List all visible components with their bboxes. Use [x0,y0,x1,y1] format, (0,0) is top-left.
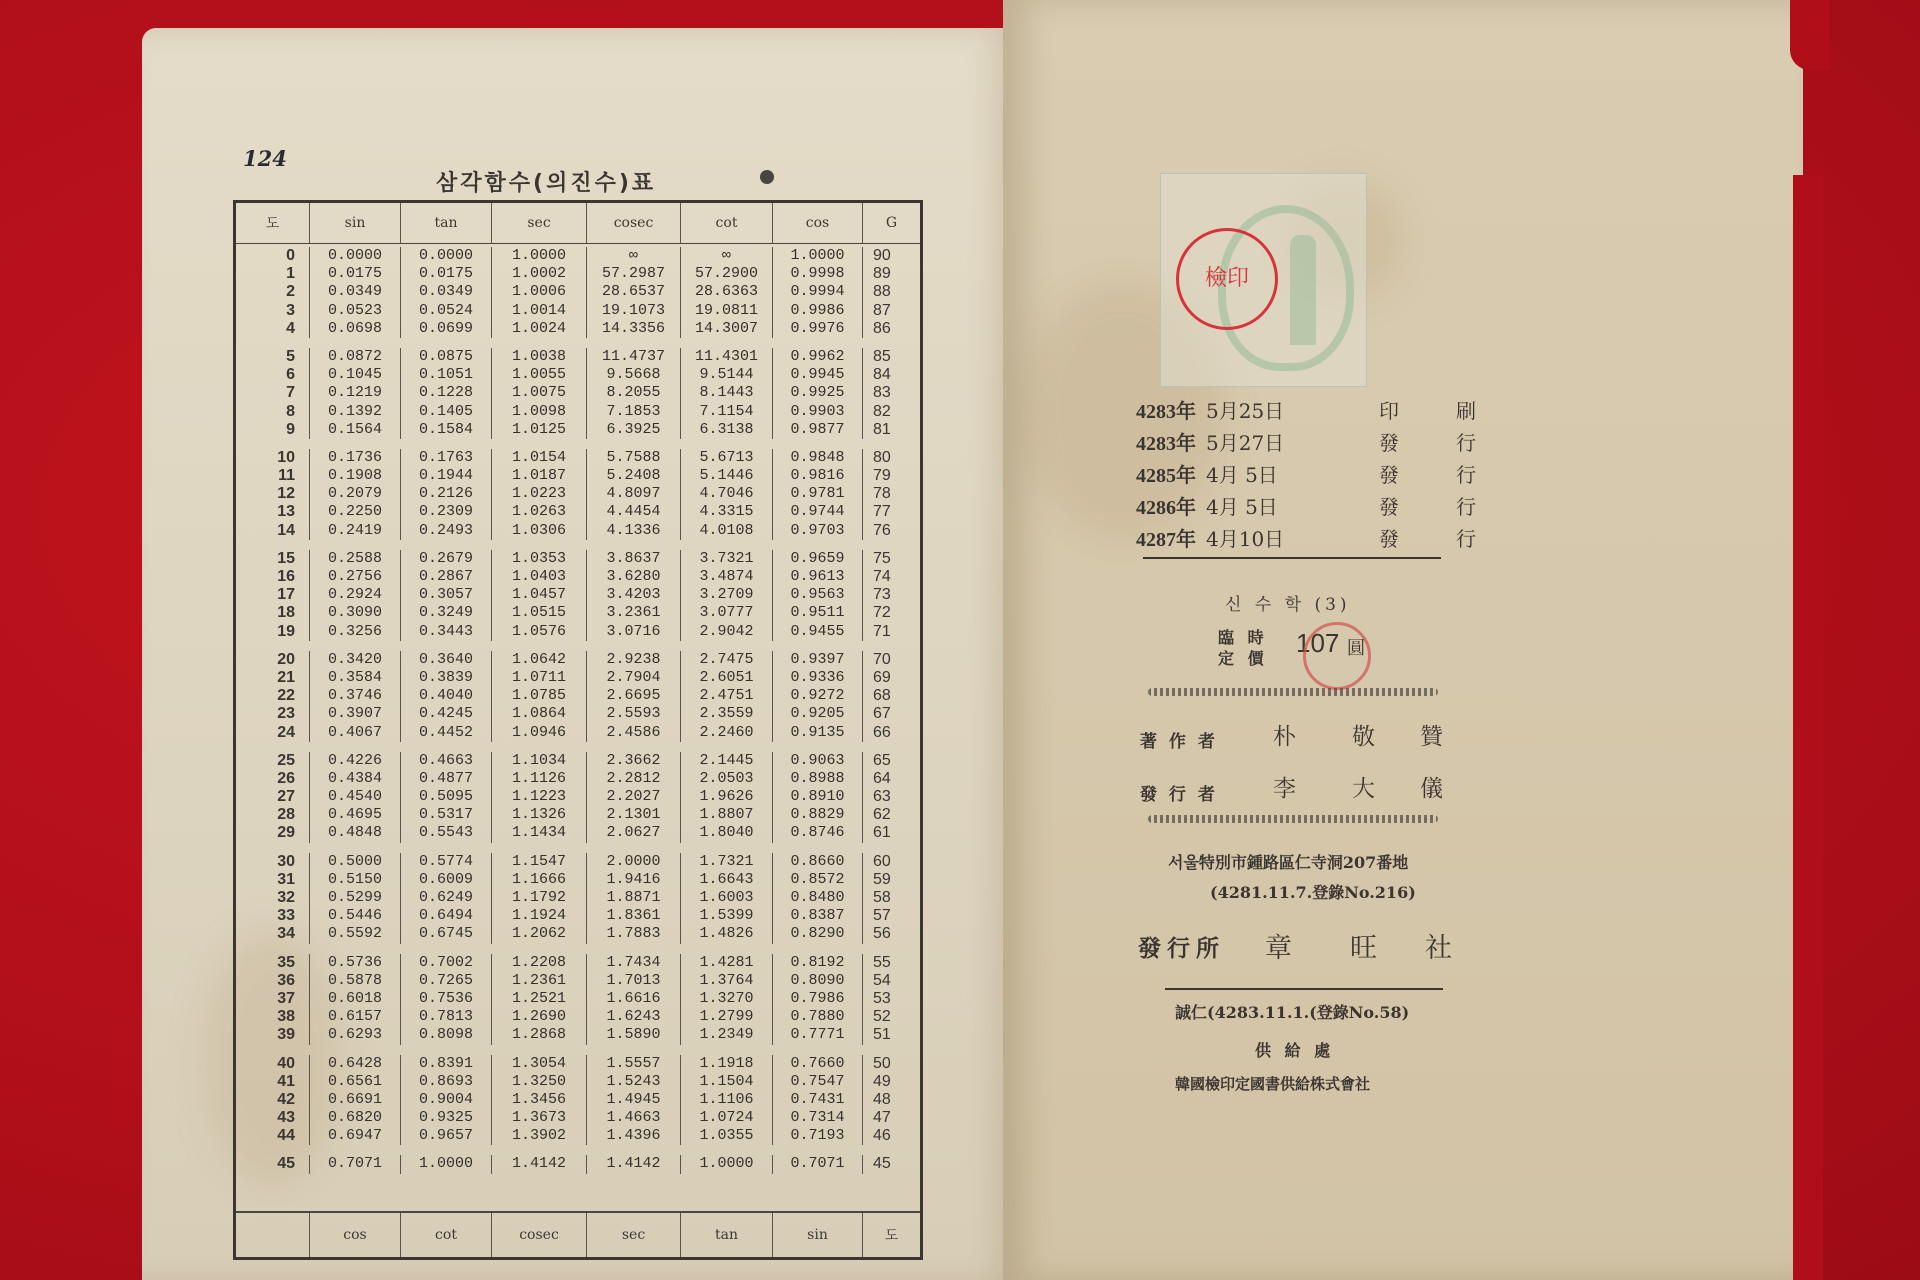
table-cell: 0.9925 [773,384,862,402]
publisher-address: 서울特別市鍾路區仁寺洞207番地 [1168,850,1408,873]
table-cell: 0.8572 [773,871,862,889]
table-cell: 0.5299 [310,889,400,907]
table-cell: 1.1924 [492,907,586,925]
table-cell: 0.9994 [773,283,862,301]
table-cell: 34 [236,925,309,943]
table-cell: 0.6561 [310,1073,400,1091]
table-cell: 0.2250 [310,503,400,521]
table-cell: 12 [236,485,309,503]
column-g: 7574737271 [863,550,920,641]
column-cot: 5.67135.14464.70464.33154.0108 [681,449,773,540]
publishing-house-1: 章 [1265,926,1292,965]
table-cell: 0.6293 [310,1026,400,1044]
table-cell: 1.5890 [587,1026,680,1044]
supplier-label: 供 給 處 [1255,1038,1334,1061]
table-cell: 0.3584 [310,669,400,687]
table-cell: 1.1918 [681,1055,772,1073]
table-cell: 50 [863,1055,920,1073]
table-cell: 2.7904 [587,669,680,687]
table-cell: 1.8871 [587,889,680,907]
table-cell: 1.0075 [492,384,586,402]
table-cell: 0.1763 [401,449,491,467]
table-cell: 1.3270 [681,990,772,1008]
table-cell: 28.6537 [587,283,680,301]
table-cell: 47 [863,1109,920,1127]
table-cell: 2.4586 [587,724,680,742]
red-seal-stamp: 檢印 [1176,228,1278,330]
table-cell: 8.2055 [587,384,680,402]
table-cell: 6.3925 [587,421,680,439]
column-cosec: 1.74341.70131.66161.62431.5890 [587,954,681,1045]
table-cell: 1.0098 [492,403,586,421]
column-tan: 0.00000.01750.03490.05240.0699 [401,247,492,338]
table-cell: 62 [863,806,920,824]
publisher-registration: (4281.11.7.登錄No.216) [1210,880,1416,903]
publishing-house-2: 旺 [1350,926,1377,965]
table-cell: 1.0263 [492,503,586,521]
table-cell: 63 [863,788,920,806]
table-cell: 1.4281 [681,954,772,972]
table-cell: 11.4301 [681,348,772,366]
table-cell: 1.4945 [587,1091,680,1109]
column-cot: 1.19181.15041.11061.07241.0355 [681,1055,773,1146]
table-cell: 0.5878 [310,972,400,990]
trig-table: 도 sin tan sec cosec cot cos G 012340.000… [233,200,923,1260]
column-cosec: 11.47379.56688.20557.18536.3925 [587,348,681,439]
table-cell: 57.2987 [587,265,680,283]
table-cell: 2.3662 [587,752,680,770]
column-cos: 0.98480.98160.97810.97440.9703 [773,449,863,540]
table-cell: 53 [863,990,920,1008]
table-cell: 0.0000 [310,247,400,265]
table-cell: 82 [863,403,920,421]
table-cell: 4.8097 [587,485,680,503]
table-cell: 0.6947 [310,1127,400,1145]
table-cell: 0.6009 [401,871,491,889]
column-tan: 0.83910.86930.90040.93250.9657 [401,1055,492,1146]
table-cell: 0.9004 [401,1091,491,1109]
column-cos: 0.7071 [773,1155,863,1173]
table-cell: 41 [236,1073,309,1091]
table-cell: 4 [236,320,309,338]
table-cell: 14.3007 [681,320,772,338]
table-cell: 0.4695 [310,806,400,824]
table-cell: 1.8361 [587,907,680,925]
table-cell: 1.2208 [492,954,586,972]
column-cos: 0.96590.96130.95630.95110.9455 [773,550,863,641]
table-cell: 0.7547 [773,1073,862,1091]
column-cos: 0.76600.75470.74310.73140.7193 [773,1055,863,1146]
header-tan: tan [401,203,492,243]
column-tan: 0.46630.48770.50950.53170.5543 [401,752,492,843]
table-cell: 1.0223 [492,485,586,503]
table-cell: 0.7771 [773,1026,862,1044]
table-cell: 0.7813 [401,1008,491,1026]
table-cell: 89 [863,265,920,283]
table-cell: 1.1223 [492,788,586,806]
table-cell: 0.9781 [773,485,862,503]
table-cell: 1.7013 [587,972,680,990]
column-g: 6564636261 [863,752,920,843]
table-cell: 0.0523 [310,302,400,320]
table-cell: 54 [863,972,920,990]
table-cell: 26 [236,770,309,788]
table-cell: 1.0864 [492,705,586,723]
table-cell: 0.3746 [310,687,400,705]
table-cell: 0.3249 [401,604,491,622]
table-cell: 57 [863,907,920,925]
table-cell: 0.5592 [310,925,400,943]
column-sin: 0.57360.58780.60180.61570.6293 [310,954,401,1045]
price-label-2: 定 價 [1218,646,1268,669]
table-cell: 0.0524 [401,302,491,320]
table-cell: 88 [863,283,920,301]
table-cell: 1.0000 [492,247,586,265]
table-cell: 80 [863,449,920,467]
table-cell: 86 [863,320,920,338]
table-cell: 0.0000 [401,247,491,265]
table-cell: 0.9659 [773,550,862,568]
table-cell: 1.6643 [681,871,772,889]
table-cell: 75 [863,550,920,568]
table-cell: 2.0503 [681,770,772,788]
table-cell: 3.4874 [681,568,772,586]
column-sin: 0.00000.01750.03490.05230.0698 [310,247,401,338]
table-cell: 1.7321 [681,853,772,871]
column-tan: 0.57740.60090.62490.64940.6745 [401,853,492,944]
table-cell: 0.9563 [773,586,862,604]
table-cell: 1.0785 [492,687,586,705]
table-cell: 22 [236,687,309,705]
wavy-divider [1148,815,1438,823]
table-cell: 0.3640 [401,651,491,669]
table-cell: 1.1792 [492,889,586,907]
table-cell: 2.4751 [681,687,772,705]
torn-edge [1793,175,1823,1280]
table-cell: 0.9816 [773,467,862,485]
column-cos: 1.00000.99980.99940.99860.9976 [773,247,863,338]
table-cell: 1.0515 [492,604,586,622]
table-cell: 46 [863,1127,920,1145]
table-cell: 2.2027 [587,788,680,806]
table-cell: 59 [863,871,920,889]
table-cell: 5.7588 [587,449,680,467]
table-cell: 1.2349 [681,1026,772,1044]
table-cell: 0.0175 [310,265,400,283]
table-cell: 2.2460 [681,724,772,742]
table-cell: 24 [236,724,309,742]
table-title: 삼각함수(의진수)표 [436,166,656,197]
table-cell: 38 [236,1008,309,1026]
table-cell: 0.9135 [773,724,862,742]
table-cell: 13 [236,503,309,521]
table-cell: 0.6157 [310,1008,400,1026]
page-number: 124 [243,146,287,171]
table-cell: 45 [863,1155,920,1173]
table-cell: 1.0642 [492,651,586,669]
table-cell: 1.4826 [681,925,772,943]
table-cell: 0.2493 [401,522,491,540]
divider-rule [1143,557,1441,559]
table-cell: 5.2408 [587,467,680,485]
table-cell: 0.4226 [310,752,400,770]
header-degree: 도 [236,203,310,243]
table-cell: 0.8693 [401,1073,491,1091]
footer-tan: tan [681,1213,773,1257]
table-cell: 71 [863,623,920,641]
table-cell: 0.4245 [401,705,491,723]
header-g: G [863,203,920,243]
column-deg: 56789 [236,348,310,439]
table-cell: 0.7986 [773,990,862,1008]
table-cell: 0.8660 [773,853,862,871]
table-cell: 33 [236,907,309,925]
table-cell: 58 [863,889,920,907]
table-cell: 0.0175 [401,265,491,283]
table-cell: 0.3839 [401,669,491,687]
table-cell: 0.1051 [401,366,491,384]
table-cell: 0.0349 [310,283,400,301]
table-cell: 81 [863,421,920,439]
column-tan: 0.26790.28670.30570.32490.3443 [401,550,492,641]
table-cell: 0.8098 [401,1026,491,1044]
table-cell: 0.8391 [401,1055,491,1073]
table-cell: 1.0014 [492,302,586,320]
column-cot: 11.43019.51448.14437.11546.3138 [681,348,773,439]
table-cell: 77 [863,503,920,521]
table-row-group: 012340.00000.01750.03490.05230.06980.000… [236,247,920,338]
table-cell: 0.7071 [310,1155,400,1173]
publishing-house-3: 社 [1425,926,1452,965]
table-cell: 0.7314 [773,1109,862,1127]
table-cell: 1.1666 [492,871,586,889]
torn-edge [1790,0,1830,70]
table-cell: 11.4737 [587,348,680,366]
table-cell: 0.1228 [401,384,491,402]
table-cell: 0.9613 [773,568,862,586]
price-label-1: 臨 時 [1218,625,1268,648]
table-cell: 0.8746 [773,824,862,842]
table-row-group: 10111213140.17360.19080.20790.22500.2419… [236,449,920,540]
header-cosec: cosec [587,203,681,243]
table-row-group: 567890.08720.10450.12190.13920.15640.087… [236,348,920,439]
table-cell: 43 [236,1109,309,1127]
table-row-group: 15161718190.25880.27560.29240.30900.3256… [236,550,920,641]
column-sec: 1.03531.04031.04571.05151.0576 [492,550,587,641]
table-cell: 2.0627 [587,824,680,842]
pub-row: 4285年 4月 5日 發行 [1136,457,1476,489]
publishing-house-label: 發行所 [1138,930,1225,963]
table-cell: 3.2361 [587,604,680,622]
table-cell: 19.0811 [681,302,772,320]
column-tan: 0.36400.38390.40400.42450.4452 [401,651,492,742]
table-cell: 85 [863,348,920,366]
table-cell: 2.9238 [587,651,680,669]
table-cell: 1.1126 [492,770,586,788]
table-cell: 15 [236,550,309,568]
column-deg: 1516171819 [236,550,310,641]
table-cell: 55 [863,954,920,972]
column-tan: 0.17630.19440.21260.23090.2493 [401,449,492,540]
table-cell: 19 [236,623,309,641]
table-cell: 0.7002 [401,954,491,972]
table-cell: 1.3673 [492,1109,586,1127]
table-cell: ∞ [681,247,772,265]
table-row-group: 20212223240.34200.35840.37460.39070.4067… [236,651,920,742]
table-cell: 1.1434 [492,824,586,842]
table-cell: 1.0000 [681,1155,772,1173]
table-cell: 1.3764 [681,972,772,990]
table-cell: 0.9998 [773,265,862,283]
table-cell: 5 [236,348,309,366]
table-cell: 1.2690 [492,1008,586,1026]
table-cell: 0.2309 [401,503,491,521]
table-cell: 6.3138 [681,421,772,439]
table-cell: 1.8040 [681,824,772,842]
table-cell: 1.0576 [492,623,586,641]
column-cos: 0.99620.99450.99250.99030.9877 [773,348,863,439]
table-cell: 0.9272 [773,687,862,705]
table-cell: 0.7265 [401,972,491,990]
table-cell: 0.8988 [773,770,862,788]
table-cell: 0.2419 [310,522,400,540]
table-cell: 0.9336 [773,669,862,687]
column-deg: 2526272829 [236,752,310,843]
column-sin: 0.25880.27560.29240.30900.3256 [310,550,401,641]
table-cell: 0.6018 [310,990,400,1008]
table-cell: 0.2679 [401,550,491,568]
table-cell: 0.1736 [310,449,400,467]
header-cot: cot [681,203,773,243]
table-cell: 79 [863,467,920,485]
table-cell: 0.7431 [773,1091,862,1109]
table-cell: 19.1073 [587,302,680,320]
column-cos: 0.86600.85720.84800.83870.8290 [773,853,863,944]
column-sin: 0.64280.65610.66910.68200.6947 [310,1055,401,1146]
table-cell: 0.6745 [401,925,491,943]
table-cell: 3.0777 [681,604,772,622]
column-tan: 0.08750.10510.12280.14050.1584 [401,348,492,439]
table-cell: 2.7475 [681,651,772,669]
table-cell: 0.5317 [401,806,491,824]
table-cell: 27 [236,788,309,806]
table-cell: 1.7434 [587,954,680,972]
table-cell: 1 [236,265,309,283]
table-cell: 8.1443 [681,384,772,402]
table-cell: 0.8387 [773,907,862,925]
column-g: 6059585756 [863,853,920,944]
table-cell: 0.4877 [401,770,491,788]
table-cell: 1.1106 [681,1091,772,1109]
table-cell: 1.3902 [492,1127,586,1145]
table-cell: 9.5668 [587,366,680,384]
table-cell: 1.0038 [492,348,586,366]
table-cell: 0.9903 [773,403,862,421]
author-name-1: 朴 [1273,718,1296,751]
publisher-label: 發 行 者 [1140,780,1218,805]
table-cell: 1.0187 [492,467,586,485]
table-cell: 1.0403 [492,568,586,586]
table-cell: 0.3907 [310,705,400,723]
table-header: 도 sin tan sec cosec cot cos G [236,203,920,244]
table-cell: 73 [863,586,920,604]
table-cell: 0.9744 [773,503,862,521]
ornament-icon [760,170,774,184]
table-cell: 0.9205 [773,705,862,723]
header-sec: sec [492,203,587,243]
wavy-divider [1148,688,1438,696]
table-cell: 1.0055 [492,366,586,384]
table-cell: 0.4848 [310,824,400,842]
supplier-name: 韓國檢印定國書供給株式會社 [1175,1073,1370,1094]
footer-cos: cos [310,1213,401,1257]
table-cell: 0.3420 [310,651,400,669]
table-cell: 5.6713 [681,449,772,467]
table-cell: 1.1034 [492,752,586,770]
table-cell: 39 [236,1026,309,1044]
column-sin: 0.08720.10450.12190.13920.1564 [310,348,401,439]
table-cell: 0.9877 [773,421,862,439]
column-sin: 0.34200.35840.37460.39070.4067 [310,651,401,742]
table-body: 012340.00000.01750.03490.05230.06980.000… [236,247,920,1211]
pub-row: 4286年 4月 5日 發行 [1136,489,1476,521]
table-cell: 1.7883 [587,925,680,943]
table-cell: 7 [236,384,309,402]
column-deg: 45 [236,1155,310,1173]
header-sin: sin [310,203,401,243]
pub-row: 4283年 5月25日 印刷 [1136,393,1476,425]
table-cell: 1.2521 [492,990,586,1008]
table-cell: 2.1301 [587,806,680,824]
table-cell: 1.0006 [492,283,586,301]
table-cell: 9.5144 [681,366,772,384]
table-cell: 1.9416 [587,871,680,889]
table-cell: 3.7321 [681,550,772,568]
table-cell: 1.9626 [681,788,772,806]
table-cell: 52 [863,1008,920,1026]
table-cell: 1.0024 [492,320,586,338]
table-cell: 0.2588 [310,550,400,568]
column-cot: ∞57.290028.636319.081114.3007 [681,247,773,338]
table-cell: 0.4040 [401,687,491,705]
table-row-group: 30313233340.50000.51500.52990.54460.5592… [236,853,920,944]
table-cell: 0.1045 [310,366,400,384]
column-sec: 1.00001.00021.00061.00141.0024 [492,247,587,338]
table-cell: 1.1504 [681,1073,772,1091]
book-title: 신 수 학 (3) [1225,590,1351,615]
publication-history: 4283年 5月25日 印刷 4283年 5月27日 發行 4285年 4月 5… [1136,393,1476,553]
table-cell: 0.6494 [401,907,491,925]
table-cell: 0.7193 [773,1127,862,1145]
table-cell: 23 [236,705,309,723]
footer-cot: cot [401,1213,492,1257]
table-cell: 0.9657 [401,1127,491,1145]
table-cell: 2.5593 [587,705,680,723]
table-cell: 76 [863,522,920,540]
table-cell: 7.1154 [681,403,772,421]
table-cell: 51 [863,1026,920,1044]
table-cell: 0.1405 [401,403,491,421]
table-cell: 0.0698 [310,320,400,338]
table-cell: 0.7880 [773,1008,862,1026]
column-cosec: 2.92382.79042.66952.55932.4586 [587,651,681,742]
table-cell: 1.5557 [587,1055,680,1073]
table-cell: 29 [236,824,309,842]
table-cell: 4.0108 [681,522,772,540]
table-cell: 3.2709 [681,586,772,604]
column-deg: 3536373839 [236,954,310,1045]
table-cell: 0.4540 [310,788,400,806]
